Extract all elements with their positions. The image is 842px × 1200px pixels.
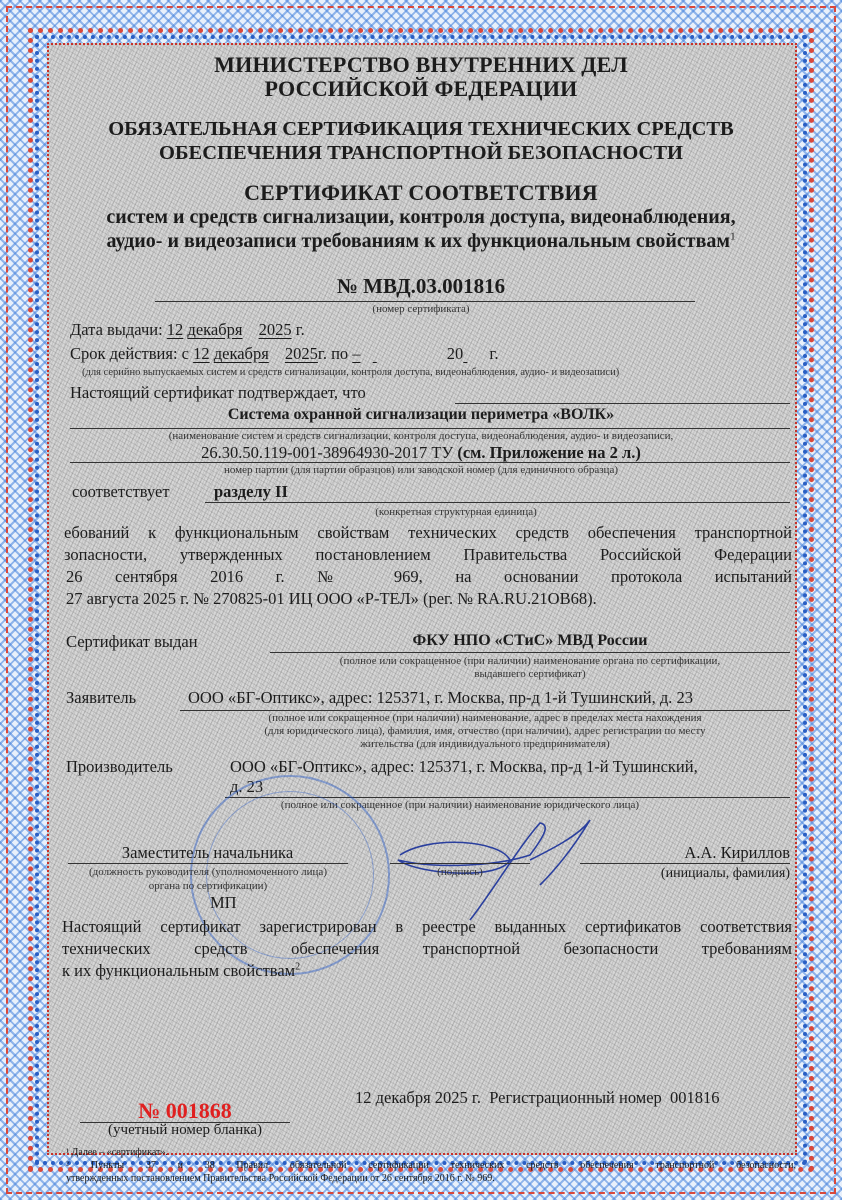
program-title-line2: ОБЕСПЕЧЕНИЯ ТРАНСПОРТНОЙ БЕЗОПАСНОСТИ: [0, 142, 842, 165]
certificate-number-rule: [155, 301, 695, 302]
validity-from-month: декабря: [214, 344, 281, 363]
position-caption-line1: (должность руководителя (уполномоченного…: [68, 866, 348, 878]
footnote-mark-2: 2: [295, 962, 300, 973]
conforms-caption: (конкретная структурная единица): [0, 506, 842, 518]
subject-spec-appendix: (см. Приложение на 2 л.): [457, 443, 641, 462]
issuer-rule: [270, 652, 790, 653]
manufacturer-value-line1: ООО «БГ-Оптикс», адрес: 125371, г. Москв…: [230, 757, 698, 777]
registry-line-1: Настоящий сертификат зарегистрирован в р…: [62, 917, 792, 937]
registry-line-2: технических средств обеспечения транспор…: [62, 939, 792, 959]
requirements-line-3: 26 сентября 2016 г. № 969, на основании …: [66, 567, 792, 587]
signatory-name: А.А. Кириллов: [580, 843, 790, 863]
applicant-caption-line3: жительства (для индивидуального предприн…: [180, 738, 790, 750]
registration-date: 12 декабря 2025 г.: [355, 1088, 481, 1107]
issuer-caption-line2: выдавшего сертификат): [270, 668, 790, 680]
registration-label: Регистрационный номер: [489, 1088, 662, 1107]
issue-day: 12: [167, 320, 184, 339]
name-caption: (инициалы, фамилия): [580, 866, 790, 882]
subtitle-line1: систем и средств сигнализации, контроля …: [0, 206, 842, 229]
ministry-title-line2: РОССИЙСКОЙ ФЕДЕРАЦИИ: [0, 76, 842, 102]
conforms-label: соответствует: [72, 482, 170, 502]
issuer-label: Сертификат выдан: [66, 632, 198, 652]
subject-intro-rule: [455, 403, 790, 404]
blank-number-caption: (учетный номер бланка): [80, 1122, 290, 1139]
subject-intro: Настоящий сертификат подтверждает, что: [70, 383, 366, 403]
position-caption-line2: органа по сертификации): [68, 880, 348, 892]
applicant-label: Заявитель: [66, 688, 136, 708]
validity-to-day: –: [352, 344, 368, 363]
applicant-caption-line1: (полное или сокращенное (при наличии) на…: [180, 712, 790, 724]
validity-mid: г. по: [318, 344, 348, 363]
subtitle-line2-text: аудио- и видеозаписи требованиям к их фу…: [106, 230, 730, 252]
conforms-value: разделу II: [214, 482, 288, 502]
registration-number: 001816: [670, 1088, 720, 1107]
ministry-title-line1: МИНИСТЕРСТВО ВНУТРЕННИХ ДЕЛ: [0, 52, 842, 78]
subject-name: Система охранной сигнализации периметра …: [0, 406, 842, 424]
footnote-1: ¹ Далее – «сертификат».: [66, 1147, 168, 1158]
issue-year: 2025: [259, 320, 292, 339]
signature-rule: [390, 863, 530, 864]
position-rule: [68, 863, 348, 864]
conforms-rule: [205, 502, 790, 503]
validity-label: Срок действия: с: [70, 344, 189, 363]
manufacturer-label: Производитель: [66, 757, 173, 777]
validity-from-day: 12: [193, 344, 210, 363]
validity-to-year: [463, 344, 485, 364]
subject-name-caption: (наименование систем и средств сигнализа…: [0, 430, 842, 442]
subject-spec-caption: номер партии (для партии образцов) или з…: [0, 464, 842, 476]
blank-number: № 001868: [80, 1098, 290, 1124]
subtitle-line2: аудио- и видеозаписи требованиям к их фу…: [0, 230, 842, 253]
footnote-2-line2: утвержденных постановлением Правительств…: [66, 1173, 495, 1184]
registry-line-3-text: к их функциональным свойствам: [62, 961, 295, 980]
issue-month: декабря: [187, 320, 254, 339]
certificate-number-caption: (номер сертификата): [0, 303, 842, 315]
issuer-caption-line1: (полное или сокращенное (при наличии) на…: [270, 655, 790, 667]
signature-caption: (подпись): [390, 866, 530, 878]
subject-spec: 26.30.50.119-001-38964930-2017 ТУ (см. П…: [0, 443, 842, 463]
validity-to-month: [373, 344, 443, 364]
subject-name-rule: [70, 428, 790, 429]
requirements-line-4: 27 августа 2025 г. № 270825-01 ИЦ ООО «Р…: [66, 589, 597, 609]
issue-year-suffix: г.: [296, 320, 305, 339]
requirements-line-2: зопасности, утвержденных постановлением …: [64, 545, 792, 565]
footnote-2-line1: ² Пункты 37 и 38 Правил обязательной сер…: [66, 1160, 796, 1171]
requirements-line-1: ебований к функциональным свойствам техн…: [64, 523, 792, 543]
seal-mark: МП: [210, 893, 237, 913]
validity-period: Срок действия: с 12 декабря 2025г. по – …: [70, 344, 498, 364]
validity-to-year-prefix: 20: [447, 344, 464, 363]
signatory-position: Заместитель начальника: [70, 843, 345, 863]
registration-info: 12 декабря 2025 г. Регистрационный номер…: [355, 1088, 720, 1108]
issue-date-label: Дата выдачи:: [70, 320, 163, 339]
applicant-rule: [180, 710, 790, 711]
registry-line-3: к их функциональным свойствам2: [62, 961, 300, 981]
footnote-mark-1: 1: [730, 230, 736, 242]
subject-spec-code: 26.30.50.119-001-38964930-2017 ТУ: [201, 443, 453, 462]
document-title: СЕРТИФИКАТ СООТВЕТСТВИЯ: [0, 180, 842, 206]
applicant-value: ООО «БГ-Оптикс», адрес: 125371, г. Москв…: [188, 688, 693, 708]
subject-spec-rule: [70, 462, 790, 463]
validity-caption: (для серийно выпускаемых систем и средст…: [82, 367, 619, 378]
certificate-number: № МВД.03.001816: [0, 274, 842, 299]
issue-date: Дата выдачи: 12 декабря 2025 г.: [70, 320, 305, 340]
applicant-caption-line2: (для юридического лица), фамилия, имя, о…: [180, 725, 790, 737]
validity-from-year: 2025: [285, 344, 318, 363]
program-title-line1: ОБЯЗАТЕЛЬНАЯ СЕРТИФИКАЦИЯ ТЕХНИЧЕСКИХ СР…: [0, 118, 842, 141]
validity-suffix: г.: [489, 344, 498, 363]
name-rule: [580, 863, 790, 864]
issuer-value: ФКУ НПО «СТиС» МВД России: [270, 632, 790, 650]
